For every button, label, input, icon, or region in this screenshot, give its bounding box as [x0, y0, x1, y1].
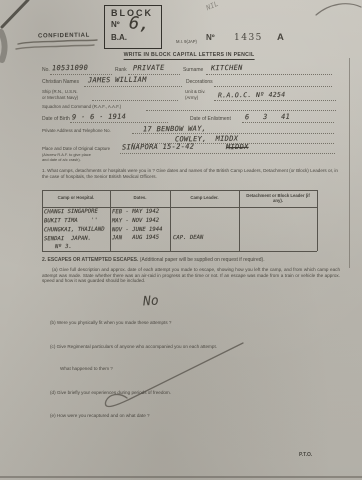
confidential-stamp: CONFIDENTIAL	[38, 33, 90, 40]
enlistment-label: Date of Enlistment	[190, 116, 231, 122]
table-row-dates: NOV - JUNE 1944	[112, 227, 163, 234]
unit-value: R.A.O.C. Nº 4254	[218, 91, 286, 100]
decorations-label: Decorations	[186, 79, 213, 85]
diagonal-strike-mark	[105, 343, 243, 406]
capture-value-struck: MIDDX	[226, 143, 249, 151]
bottom-edge-shadow	[0, 476, 362, 478]
page-edge-line	[349, 58, 350, 268]
service-number-value: 10531090	[52, 64, 88, 72]
fill-line	[214, 86, 332, 87]
rank-label: Rank	[115, 67, 127, 73]
serial-number: 1435	[234, 33, 263, 43]
unit-div-label-line2: (Army)	[185, 95, 198, 100]
ship-label-line2: or Merchant Navy)	[42, 95, 78, 100]
table-border-left	[42, 190, 43, 251]
rank-value: PRIVATE	[133, 64, 165, 72]
fill-line	[92, 100, 178, 101]
confidential-scribble-bottom	[16, 45, 94, 49]
table-column-divider	[110, 190, 111, 251]
table-column-divider	[239, 190, 240, 251]
table-column-divider	[170, 190, 171, 251]
table-row-dates: MAY - NOV 1942	[112, 218, 159, 225]
scanned-pow-questionnaire: CONFIDENTIAL BLOCK Nº B.A. 6, M.I. 9(JAP…	[0, 0, 362, 480]
table-row-dates: FEB - MAY 1942	[112, 209, 159, 216]
question-2c-text: (c) Give Regimental particulars of anyon…	[50, 344, 340, 350]
table-row-leader: CAP. DEAN	[173, 235, 203, 241]
question-2-title: 2. ESCAPES OR ATTEMPTED ESCAPES.	[42, 257, 138, 263]
fill-line	[70, 122, 168, 123]
fill-line	[214, 100, 336, 101]
fill-line	[120, 153, 335, 154]
question-2b-text: (b) Were you physically fit when you mad…	[50, 320, 340, 326]
christian-names-label: Christian Names	[42, 79, 79, 85]
question-2a-text: (a) Give full description and approx. da…	[42, 267, 340, 284]
series-letter: A	[277, 32, 284, 43]
left-edge-shadow	[1, 32, 5, 60]
ship-label-line1: Ship (R.N., U.S.N.	[42, 89, 78, 94]
fill-line	[206, 74, 332, 75]
dob-value: 9 · 6 · 1914	[72, 113, 126, 122]
handwritten-answer-no: No	[142, 293, 159, 309]
top-right-pencil-curve	[316, 4, 361, 15]
table-row-camp: SENDAI JAPAN.	[44, 236, 91, 243]
table-row-camp: CHANGI SINGAPORE	[44, 209, 98, 216]
fill-line	[50, 74, 112, 75]
table-row-camp-note: Nº 3.	[55, 244, 72, 250]
no-label: No.	[42, 67, 50, 73]
christian-names-value: JAMES WILLIAM	[88, 76, 147, 85]
question-2c2-text: What happened to them ?	[60, 366, 340, 372]
capture-value: SINAPORA 15-2-42	[122, 143, 194, 152]
table-row-camp: CHUNGKAI, THAILAND	[44, 227, 105, 234]
address-label: Private Address and Telephone No.	[42, 128, 111, 133]
question-1-text: 1. What camps, detachments or hospitals …	[42, 168, 338, 179]
fill-line	[84, 86, 182, 87]
table-border-top	[42, 190, 317, 191]
column-header-block-leader: Detachment or Block Leader (if any).	[241, 193, 315, 203]
block-stamp-no-label: Nº	[111, 20, 120, 29]
fill-line	[146, 110, 336, 111]
surname-value: KITCHEN	[211, 64, 243, 72]
enlistment-value: 6 3 41	[245, 113, 290, 122]
mi9-dept-label: M.I. 9(JAP)	[176, 39, 197, 44]
table-border-right	[317, 190, 318, 251]
torn-corner-mark	[2, 0, 28, 27]
capture-label-line1: Place and Date of Original Capture	[42, 146, 110, 151]
fill-line	[242, 122, 334, 123]
column-header-dates: Dates.	[112, 195, 168, 200]
question-2-title-note: (Additional paper will be supplied on re…	[138, 257, 264, 263]
block-stamp-ba: B.A.	[111, 33, 127, 42]
column-header-camp: Camp or Hospital.	[44, 195, 108, 200]
form-instruction-heading: WRITE IN BLOCK CAPITAL LETTERS IN PENCIL	[124, 52, 255, 60]
question-2d-text: (d) Give briefly your experiences during…	[50, 390, 340, 396]
pto-footer: P.T.O.	[299, 452, 312, 458]
squadron-label: Squadron and Command (R.A.F., A.A.F.)	[42, 104, 121, 109]
table-border-bottom	[42, 251, 317, 252]
column-header-leader: Camp Leader.	[172, 195, 237, 200]
confidential-scribble-top	[18, 40, 97, 44]
nil-pencil-note: NIL	[205, 0, 220, 12]
table-row-dates: JAN AUG 1945	[112, 235, 159, 242]
block-number-handwritten: 6,	[128, 13, 150, 34]
dob-label: Date of Birth	[42, 116, 70, 122]
serial-no-label: Nº	[206, 33, 215, 42]
capture-label-line3: and date of a/c crash).	[42, 157, 81, 162]
unit-div-label-line1: Unit & Div.	[185, 89, 205, 94]
table-row-camp: BUKIT TIMA ''	[44, 218, 98, 225]
question-2e-text: (e) How were you recaptured and on what …	[50, 413, 340, 419]
surname-label: Surname	[183, 67, 203, 73]
block-number-stamp: BLOCK Nº B.A. 6,	[104, 5, 162, 49]
